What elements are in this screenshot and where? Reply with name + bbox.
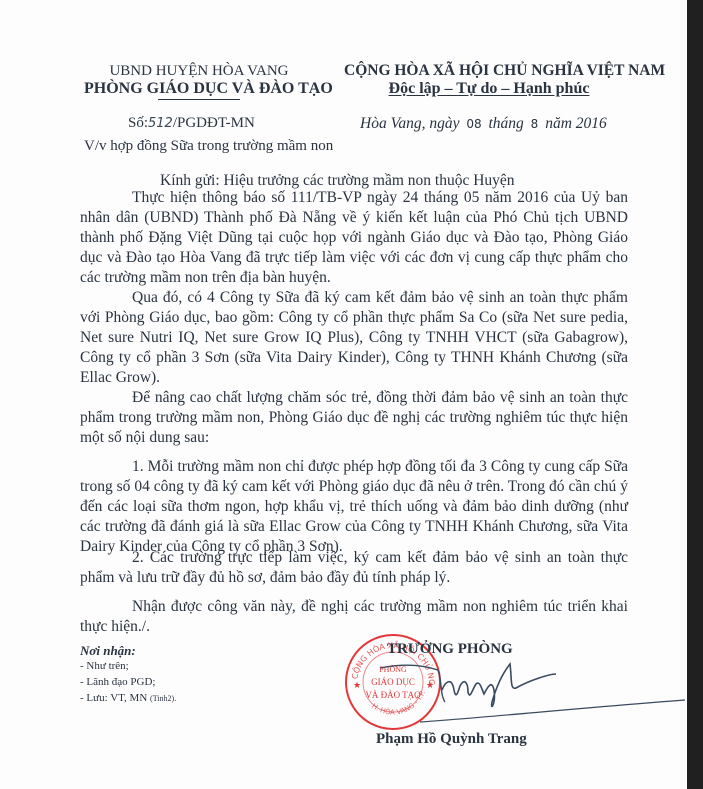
paragraph-3: Để nâng cao chất lượng chăm sóc trẻ, đồn… (80, 388, 628, 448)
paragraph-2: Qua đó, có 4 Công ty Sữa đã ký cam kết đ… (80, 288, 628, 388)
handwritten-day: 08 (466, 117, 481, 131)
department-name: PHÒNG GIÁO DỤC VÀ ĐÀO TẠO (84, 80, 314, 98)
document-number: Số:512/PGDĐT-MN (128, 115, 255, 132)
recipient-item: - Như trên; (80, 658, 129, 674)
national-motto: Độc lập – Tự do – Hạnh phúc (344, 80, 634, 98)
handwritten-month: 8 (531, 117, 539, 131)
authority-name: UBND HUYỆN HÒA VANG (84, 62, 314, 80)
nation-title: CỘNG HÒA XÃ HỘI CHỦ NGHĨA VIỆT NAM (344, 62, 634, 80)
document-subject: V/v hợp đồng Sữa trong trường mầm non (84, 138, 333, 155)
header-right: CỘNG HÒA XÃ HỘI CHỦ NGHĨA VIỆT NAM Độc l… (344, 62, 634, 98)
handwritten-signature (360, 650, 690, 740)
recipient-item: - Lãnh đạo PGD; (80, 674, 155, 690)
recipient-item: - Lưu: VT, MN (Tinh2). (80, 690, 176, 707)
department-underline (158, 99, 240, 100)
recipients-label: Nơi nhận: (80, 643, 136, 659)
signer-name: Phạm Hồ Quỳnh Trang (376, 731, 527, 748)
paragraph-item-1: 1. Mỗi trường mầm non chỉ được phép hợp … (80, 457, 628, 557)
paragraph-item-2: 2. Các trường trực tiếp làm việc, ký cam… (80, 548, 628, 588)
paragraph-1: Thực hiện thông báo số 111/TB-VP ngày 24… (80, 188, 628, 288)
handwritten-number: 512 (148, 116, 173, 131)
document-date: Hòa Vang, ngày 08 tháng 8 năm 2016 (360, 115, 607, 133)
header-left: UBND HUYỆN HÒA VANG PHÒNG GIÁO DỤC VÀ ĐÀ… (84, 62, 314, 100)
paragraph-closing: Nhận được công văn này, đề nghị các trườ… (80, 597, 628, 637)
